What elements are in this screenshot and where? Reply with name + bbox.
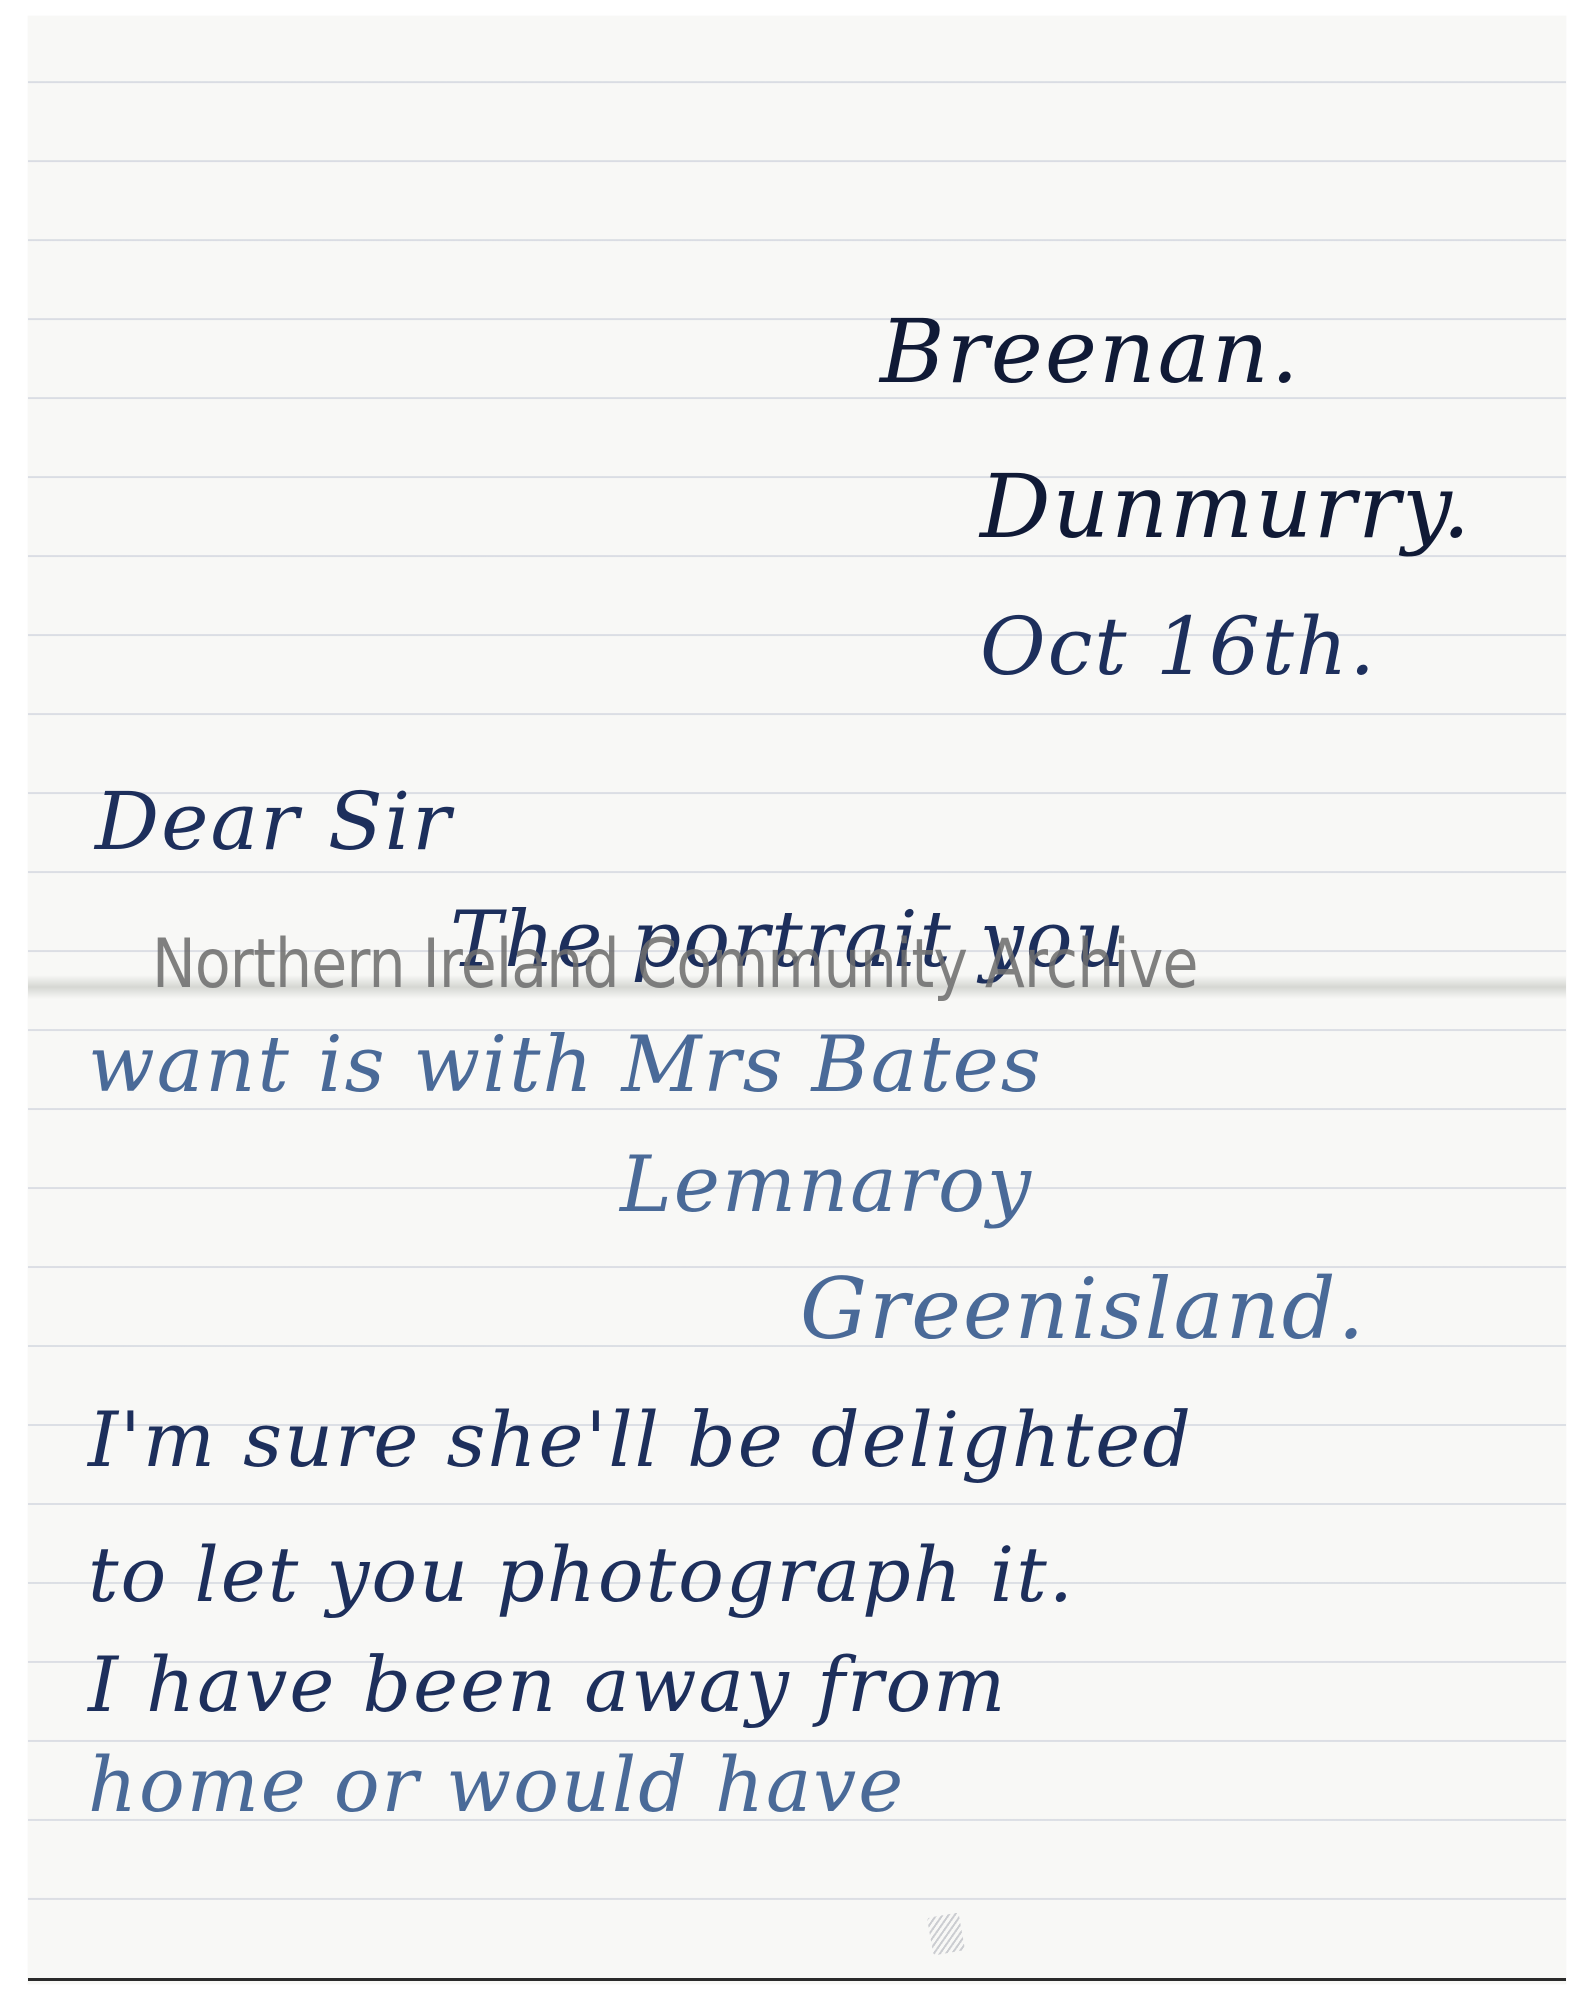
body-line: I have been away from <box>88 1640 1007 1729</box>
salutation: Dear Sir <box>95 775 452 868</box>
body-line: Lemnaroy <box>620 1140 1033 1230</box>
body-line: Greenisland. <box>800 1260 1366 1358</box>
body-line: home or would have <box>88 1740 905 1829</box>
body-line: to let you photograph it. <box>88 1530 1075 1619</box>
address-line-2: Dunmurry. <box>980 455 1472 558</box>
letter-date: Oct 16th. <box>980 600 1377 693</box>
page-bottom-edge <box>28 1978 1566 1981</box>
address-line-1: Breenan. <box>880 300 1301 403</box>
archive-watermark: Northern Ireland Community Archive <box>152 925 1198 1004</box>
body-line: I'm sure she'll be delighted <box>88 1395 1193 1484</box>
body-line: want is with Mrs Bates <box>88 1020 1043 1110</box>
embossed-stamp-icon <box>927 1913 965 1956</box>
